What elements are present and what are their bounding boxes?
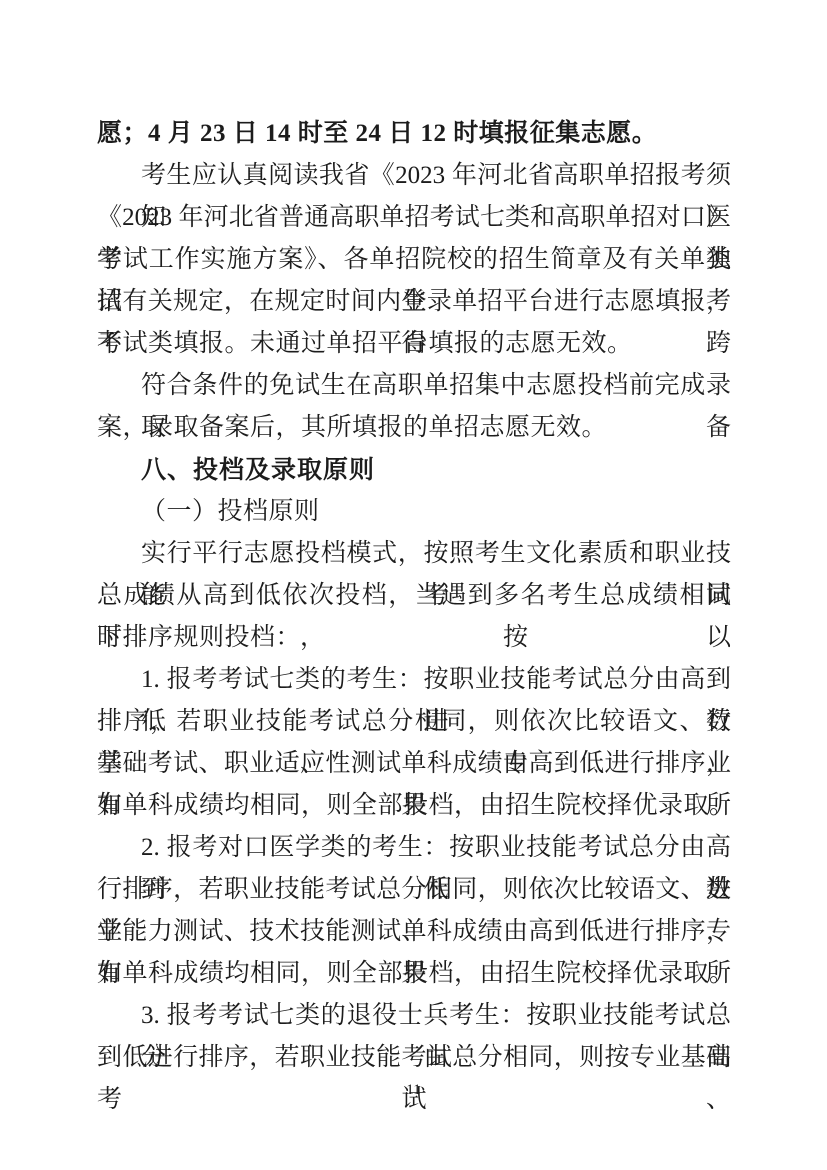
text-block: 愿；4 月 23 日 14 时至 24 日 12 时填报征集志愿。考生应认真阅读… xyxy=(97,113,731,1079)
section-heading: 八、投档及录取原则 xyxy=(97,449,731,491)
text-line: 1. 报考考试七类的考生：按职业技能考试总分由高到低进行 xyxy=(97,659,731,701)
text-line: 排序，若职业技能考试总分相同，则依次比较语文、数学、专业 xyxy=(97,701,731,743)
text-line: 有单科成绩均相同，则全部投档，由招生院校择优录取。 xyxy=(97,785,731,827)
text-line: 考试工作实施方案》、各单招院校的招生简章及有关单独招生考 xyxy=(97,239,731,281)
text-line: 2. 报考对口医学类的考生：按职业技能考试总分由高到低进 xyxy=(97,827,731,869)
text-line: 业能力测试、技术技能测试单科成绩由高到低进行排序，如果所 xyxy=(97,911,731,953)
text-line: 到低进行排序，若职业技能考试总分相同，则按专业基础考试、 xyxy=(97,1037,731,1079)
text-line: 行排序，若职业技能考试总分相同，则依次比较语文、数学、专 xyxy=(97,869,731,911)
text-line: 基础考试、职业适应性测试单科成绩由高到低进行排序，如果所 xyxy=(97,743,731,785)
document-page: 愿；4 月 23 日 14 时至 24 日 12 时填报征集志愿。考生应认真阅读… xyxy=(0,0,827,1170)
text-line: 符合条件的免试生在高职单招集中志愿投档前完成录取备 xyxy=(97,365,731,407)
text-line: 愿；4 月 23 日 14 时至 24 日 12 时填报征集志愿。 xyxy=(97,113,731,155)
text-line: 考生应认真阅读我省《2023 年河北省高职单招报考须知》 xyxy=(97,155,731,197)
page-number: 11 xyxy=(0,1080,827,1100)
text-line: （一）投档原则 xyxy=(97,491,731,533)
text-line: 总成绩从高到低依次投档，当遇到多名考生总成绩相同时，按以 xyxy=(97,575,731,617)
text-line: 实行平行志愿投档模式，按照考生文化素质和职业技能考试 xyxy=(97,533,731,575)
text-line: 《2023 年河北省普通高职单招考试七类和高职单招对口医学类 xyxy=(97,197,731,239)
text-line: 3. 报考考试七类的退役士兵考生：按职业技能考试总分由高 xyxy=(97,995,731,1037)
text-line: 有单科成绩均相同，则全部投档，由招生院校择优录取。 xyxy=(97,953,731,995)
text-line: 试有关规定，在规定时间内登录单招平台进行志愿填报，不得跨 xyxy=(97,281,731,323)
